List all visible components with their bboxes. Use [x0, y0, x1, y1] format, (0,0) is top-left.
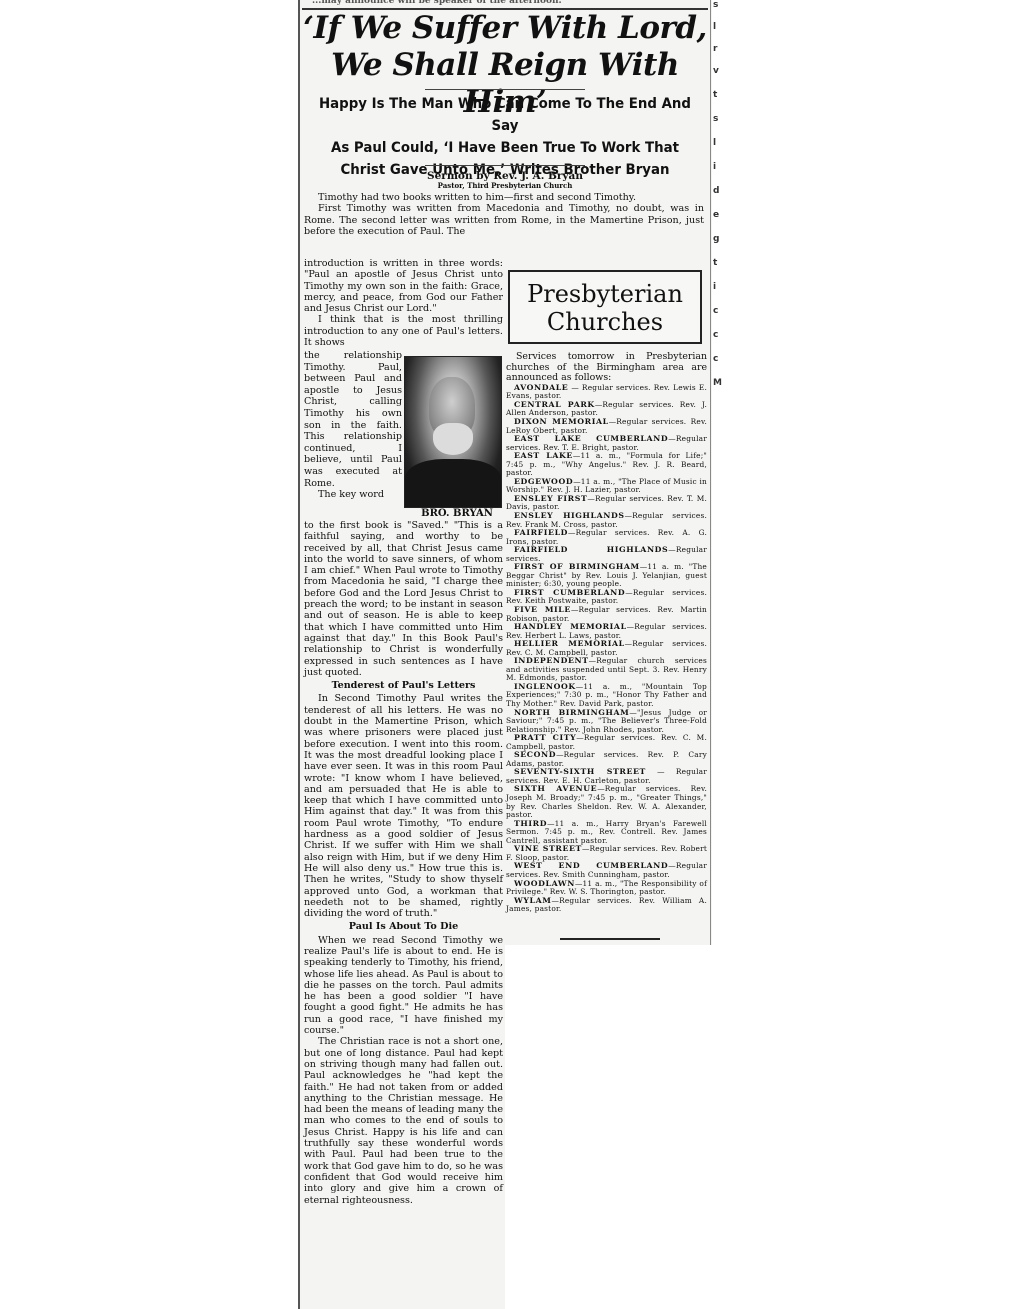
headline-line-1: ‘If We Suffer With Lord,	[302, 10, 708, 47]
deck-line-1: Happy Is The Man Who Can Come To The End…	[318, 93, 692, 137]
church-listing: FIRST CUMBERLAND—Regular services. Rev. …	[506, 589, 707, 606]
church-listing: VINE STREET—Regular services. Rev. Rober…	[506, 845, 707, 862]
church-listing: INGLENOOK—11 a. m., "Mountain Top Experi…	[506, 683, 707, 709]
church-listing: FAIRFIELD HIGHLANDS—Regular services.	[506, 546, 707, 563]
paragraph: The key word	[304, 489, 402, 501]
subheading: Tenderest of Paul's Letters	[304, 680, 503, 691]
church-listing: WEST END CUMBERLAND—Regular services. Re…	[506, 862, 707, 879]
church-listing: ENSLEY HIGHLANDS—Regular services. Rev. …	[506, 512, 707, 529]
church-listing: CENTRAL PARK—Regular services. Rev. J. A…	[506, 401, 707, 418]
top-fragment-text: ...may announce will be speaker of the a…	[312, 0, 702, 6]
column-border-right	[710, 0, 711, 945]
church-listing: HELLIER MEMORIAL—Regular services. Rev. …	[506, 640, 707, 657]
church-listing: AVONDALE — Regular services. Rev. Lewis …	[506, 384, 707, 401]
column-border-left	[298, 0, 300, 1309]
paragraph: Timothy had two books written to him—fir…	[304, 192, 704, 203]
clipping-blank-area	[505, 945, 712, 1309]
church-listing: DIXON MEMORIAL—Regular services. Rev. Le…	[506, 418, 707, 435]
divider	[425, 89, 585, 90]
photo-caption: BRO. BRYAN	[412, 508, 502, 519]
subheading: Paul Is About To Die	[304, 921, 503, 932]
paragraph: The Christian race is not a short one, b…	[304, 1036, 503, 1205]
church-listing: NORTH BIRMINGHAM—"Jesus Judge or Saviour…	[506, 709, 707, 735]
church-listing: EDGEWOOD—11 a. m., "The Place of Music i…	[506, 478, 707, 495]
listings-intro: Services tomorrow in Presbyterian church…	[506, 352, 707, 384]
adjacent-column-fragment: slrvtslidegticccM	[713, 0, 723, 402]
church-listing: SEVENTY-SIXTH STREET — Regular services.…	[506, 768, 707, 785]
box-title-line-1: Presbyterian	[510, 280, 700, 308]
byline-title: Pastor, Third Presbyterian Church	[302, 182, 708, 190]
paragraph: When we read Second Timothy we realize P…	[304, 935, 503, 1037]
divider	[425, 165, 585, 166]
paragraph: to the first book is "Saved." "This is a…	[304, 520, 503, 678]
church-listing: FIRST OF BIRMINGHAM—11 a. m. "The Beggar…	[506, 563, 707, 589]
church-listing: WYLAM—Regular services. Rev. William A. …	[506, 897, 707, 914]
church-listing: SIXTH AVENUE—Regular services. Rev. Jose…	[506, 785, 707, 819]
church-listing: PRATT CITY—Regular services. Rev. C. M. …	[506, 734, 707, 751]
end-rule	[560, 938, 660, 940]
article-column-main: to the first book is "Saved." "This is a…	[304, 520, 503, 1206]
church-listings: Services tomorrow in Presbyterian church…	[506, 352, 707, 914]
article-wrap-around-photo: the relationship Timothy. Paul, between …	[304, 350, 402, 501]
church-listing: WOODLAWN—11 a. m., "The Responsibility o…	[506, 880, 707, 897]
box-title-line-2: Churches	[510, 308, 700, 336]
paragraph: introduction is written in three words: …	[304, 258, 503, 314]
portrait-photo	[404, 356, 502, 508]
paragraph: the relationship Timothy. Paul, between …	[304, 350, 402, 489]
deck-line-2: As Paul Could, ‘I Have Been True To Work…	[318, 137, 692, 159]
paragraph: First Timothy was written from Macedonia…	[304, 203, 704, 237]
subheadline-deck: Happy Is The Man Who Can Come To The End…	[318, 93, 692, 181]
presbyterian-churches-box: Presbyterian Churches	[508, 270, 702, 344]
church-listing: THIRD—11 a. m., Harry Bryan's Farewell S…	[506, 820, 707, 846]
church-list: AVONDALE — Regular services. Rev. Lewis …	[506, 384, 707, 914]
article-column-top: introduction is written in three words: …	[304, 258, 503, 348]
church-listing: ENSLEY FIRST—Regular services. Rev. T. M…	[506, 495, 707, 512]
church-listing: EAST LAKE CUMBERLAND—Regular services. R…	[506, 435, 707, 452]
church-listing: INDEPENDENT—Regular church services and …	[506, 657, 707, 683]
article-intro: Timothy had two books written to him—fir…	[304, 192, 704, 237]
church-listing: FIVE MILE—Regular services. Rev. Martin …	[506, 606, 707, 623]
church-listing: SECOND—Regular services. Rev. P. Cary Ad…	[506, 751, 707, 768]
church-listing: FAIRFIELD—Regular services. Rev. A. G. I…	[506, 529, 707, 546]
church-listing: HANDLEY MEMORIAL—Regular services. Rev. …	[506, 623, 707, 640]
paragraph: In Second Timothy Paul writes the tender…	[304, 693, 503, 919]
church-listing: EAST LAKE—11 a. m., "Formula for Life;" …	[506, 452, 707, 478]
paragraph: I think that is the most thrilling intro…	[304, 314, 503, 348]
